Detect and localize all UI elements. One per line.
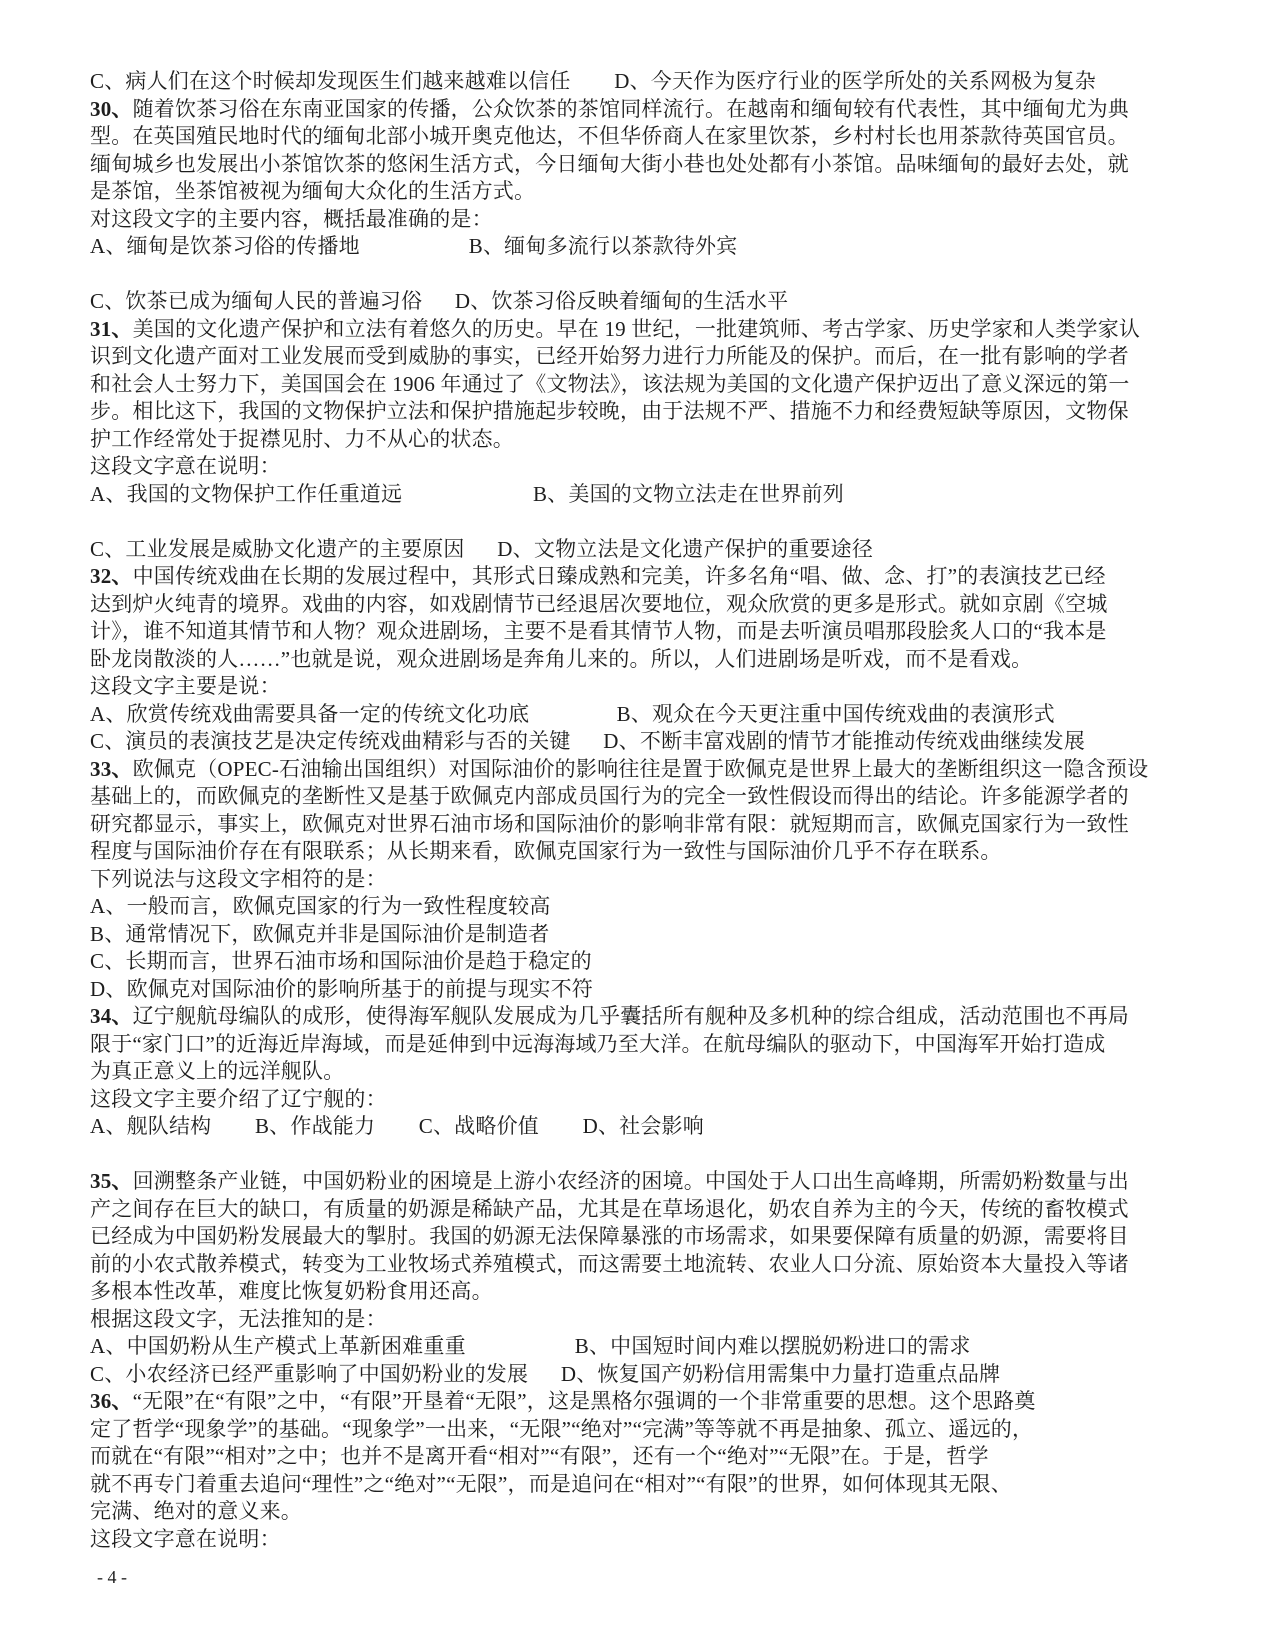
text-line: C、长期而言，世界石油市场和国际油价是趋于稳定的 [90, 948, 1195, 976]
line-text: A、欣赏传统戏曲需要具备一定的传统文化功底 B、观众在今天更注重中国传统戏曲的表… [90, 702, 1055, 726]
text-line: 程度与国际油价存在有限联系；从长期来看，欧佩克国家行为一致性与国际油价几乎不存在… [90, 838, 1195, 866]
line-text: 护工作经常处于捉襟见肘、力不从心的状态。 [90, 427, 514, 451]
line-text: 随着饮茶习俗在东南亚国家的传播，公众饮茶的茶馆同样流行。在越南和缅甸较有代表性，… [133, 97, 1129, 121]
line-text: 已经成为中国奶粉发展最大的掣肘。我国的奶源无法保障暴涨的市场需求，如果要保障有质… [90, 1224, 1129, 1248]
question-number: 36、 [90, 1389, 133, 1413]
question-number: 31、 [90, 317, 133, 341]
text-line: 计》，谁不知道其情节和人物？观众进剧场，主要不是看其情节人物，而是去听演员唱那段… [90, 618, 1195, 646]
blank-line [90, 508, 1195, 536]
text-line: 卧龙岗散淡的人……”也就是说，观众进剧场是奔角儿来的。所以，人们进剧场是听戏，而… [90, 646, 1195, 674]
question-number: 35、 [90, 1169, 133, 1193]
line-text: C、长期而言，世界石油市场和国际油价是趋于稳定的 [90, 949, 592, 973]
line-text: 根据这段文字，无法推知的是： [90, 1307, 387, 1331]
line-text: 研究都显示，事实上，欧佩克对世界石油市场和国际油价的影响非常有限：就短期而言，欧… [90, 812, 1129, 836]
text-line: 为真正意义上的远洋舰队。 [90, 1058, 1195, 1086]
text-line: 护工作经常处于捉襟见肘、力不从心的状态。 [90, 426, 1195, 454]
line-text: 卧龙岗散淡的人……”也就是说，观众进剧场是奔角儿来的。所以，人们进剧场是听戏，而… [90, 647, 1032, 671]
question-number: 32、 [90, 564, 133, 588]
line-text: 多根本性改革，难度比恢复奶粉食用还高。 [90, 1279, 493, 1303]
text-line: C、工业发展是威胁文化遗产的主要原因 D、文物立法是文化遗产保护的重要途径 [90, 536, 1195, 564]
line-text: 对这段文字的主要内容，概括最准确的是： [90, 207, 493, 231]
line-text: 程度与国际油价存在有限联系；从长期来看，欧佩克国家行为一致性与国际油价几乎不存在… [90, 839, 1002, 863]
line-text: 为真正意义上的远洋舰队。 [90, 1059, 344, 1083]
text-line: 前的小农式散养模式，转变为工业牧场式养殖模式，而这需要土地流转、农业人口分流、原… [90, 1251, 1195, 1279]
line-text: 这段文字主要介绍了辽宁舰的： [90, 1087, 387, 1111]
line-text: 欧佩克（OPEC-石油输出国组织）对国际油价的影响往往是置于欧佩克是世界上最大的… [133, 757, 1149, 781]
text-line: A、缅甸是饮茶习俗的传播地 B、缅甸多流行以茶款待外宾 [90, 233, 1195, 261]
line-text: 达到炉火纯青的境界。戏曲的内容，如戏剧情节已经退居次要地位，观众欣赏的更多是形式… [90, 592, 1108, 616]
line-text: 辽宁舰航母编队的成形，使得海军舰队发展成为几乎囊括所有舰种及多机种的综合组成，活… [133, 1004, 1129, 1028]
question-number: 34、 [90, 1004, 133, 1028]
line-text: 是茶馆，坐茶馆被视为缅甸大众化的生活方式。 [90, 179, 535, 203]
question-line: 34、辽宁舰航母编队的成形，使得海军舰队发展成为几乎囊括所有舰种及多机种的综合组… [90, 1003, 1195, 1031]
line-text: 中国传统戏曲在长期的发展过程中，其形式日臻成熟和完美，许多名角“唱、做、念、打”… [133, 564, 1106, 588]
text-line: A、舰队结构 B、作战能力 C、战略价值 D、社会影响 [90, 1113, 1195, 1141]
text-line: C、小农经济已经严重影响了中国奶粉业的发展 D、恢复国产奶粉信用需集中力量打造重… [90, 1361, 1195, 1389]
text-line: C、演员的表演技艺是决定传统戏曲精彩与否的关键 D、不断丰富戏剧的情节才能推动传… [90, 728, 1195, 756]
line-text: C、工业发展是威胁文化遗产的主要原因 D、文物立法是文化遗产保护的重要途径 [90, 537, 873, 561]
line-text: 下列说法与这段文字相符的是： [90, 867, 387, 891]
text-line: 产之间存在巨大的缺口，有质量的奶源是稀缺产品，尤其是在草场退化，奶农自养为主的今… [90, 1196, 1195, 1224]
question-number: 30、 [90, 97, 133, 121]
text-line: C、病人们在这个时候却发现医生们越来越难以信任 D、今天作为医疗行业的医学所处的… [90, 68, 1195, 96]
text-line: 限于“家门口”的近海近岸海域，而是延伸到中远海海域乃至大洋。在航母编队的驱动下，… [90, 1031, 1195, 1059]
line-text: 这段文字意在说明： [90, 454, 281, 478]
question-line: 30、随着饮茶习俗在东南亚国家的传播，公众饮茶的茶馆同样流行。在越南和缅甸较有代… [90, 96, 1195, 124]
line-text: 而就在“有限”“相对”之中；也并不是离开看“相对”“有限”，还有一个“绝对”“无… [90, 1444, 989, 1468]
line-text: C、演员的表演技艺是决定传统戏曲精彩与否的关键 D、不断丰富戏剧的情节才能推动传… [90, 729, 1085, 753]
line-text: A、我国的文物保护工作任重道远 B、美国的文物立法走在世界前列 [90, 482, 844, 506]
exam-document-page: C、病人们在这个时候却发现医生们越来越难以信任 D、今天作为医疗行业的医学所处的… [0, 0, 1275, 1650]
line-text: 回溯整条产业链，中国奶粉业的困境是上游小农经济的困境。中国处于人口出生高峰期，所… [133, 1169, 1129, 1193]
line-text: 基础上的，而欧佩克的垄断性又是基于欧佩克内部成员国行为的完全一致性假设而得出的结… [90, 784, 1129, 808]
text-line: A、中国奶粉从生产模式上革新困难重重 B、中国短时间内难以摆脱奶粉进口的需求 [90, 1333, 1195, 1361]
question-line: 31、美国的文化遗产保护和立法有着悠久的历史。早在 19 世纪，一批建筑师、考古… [90, 316, 1195, 344]
text-line: 这段文字主要是说： [90, 673, 1195, 701]
text-line: A、我国的文物保护工作任重道远 B、美国的文物立法走在世界前列 [90, 481, 1195, 509]
text-line: 研究都显示，事实上，欧佩克对世界石油市场和国际油价的影响非常有限：就短期而言，欧… [90, 811, 1195, 839]
line-text: C、病人们在这个时候却发现医生们越来越难以信任 D、今天作为医疗行业的医学所处的… [90, 69, 1096, 93]
text-line: D、欧佩克对国际油价的影响所基于的前提与现实不符 [90, 976, 1195, 1004]
text-line: 定了哲学“现象学”的基础。“现象学”一出来，“无限”“绝对”“完满”等等就不再是… [90, 1416, 1195, 1444]
line-text: 定了哲学“现象学”的基础。“现象学”一出来，“无限”“绝对”“完满”等等就不再是… [90, 1417, 1033, 1441]
text-line: 是茶馆，坐茶馆被视为缅甸大众化的生活方式。 [90, 178, 1195, 206]
line-text: 美国的文化遗产保护和立法有着悠久的历史。早在 19 世纪，一批建筑师、考古学家、… [133, 317, 1141, 341]
blank-line [90, 1141, 1195, 1169]
text-line: 多根本性改革，难度比恢复奶粉食用还高。 [90, 1278, 1195, 1306]
text-line: 和社会人士努力下，美国国会在 1906 年通过了《文物法》，该法规为美国的文化遗… [90, 371, 1195, 399]
question-line: 35、回溯整条产业链，中国奶粉业的困境是上游小农经济的困境。中国处于人口出生高峰… [90, 1168, 1195, 1196]
text-line: 已经成为中国奶粉发展最大的掣肘。我国的奶源无法保障暴涨的市场需求，如果要保障有质… [90, 1223, 1195, 1251]
question-line: 33、欧佩克（OPEC-石油输出国组织）对国际油价的影响往往是置于欧佩克是世界上… [90, 756, 1195, 784]
line-text: 识到文化遗产面对工业发展而受到威胁的事实，已经开始努力进行力所能及的保护。而后，… [90, 344, 1129, 368]
question-line: 36、“无限”在“有限”之中，“有限”开垦着“无限”，这是黑格尔强调的一个非常重… [90, 1388, 1195, 1416]
text-line: A、欣赏传统戏曲需要具备一定的传统文化功底 B、观众在今天更注重中国传统戏曲的表… [90, 701, 1195, 729]
text-line: C、饮茶已成为缅甸人民的普遍习俗 D、饮茶习俗反映着缅甸的生活水平 [90, 288, 1195, 316]
line-text: 这段文字主要是说： [90, 674, 281, 698]
line-text: 计》，谁不知道其情节和人物？观众进剧场，主要不是看其情节人物，而是去听演员唱那段… [90, 619, 1107, 643]
text-line: 型。在英国殖民地时代的缅甸北部小城开奥克他达，不但华侨商人在家里饮茶，乡村村长也… [90, 123, 1195, 151]
line-text: D、欧佩克对国际油价的影响所基于的前提与现实不符 [90, 977, 593, 1001]
line-text: 限于“家门口”的近海近岸海域，而是延伸到中远海海域乃至大洋。在航母编队的驱动下，… [90, 1032, 1105, 1056]
question-number: 33、 [90, 757, 133, 781]
line-text: A、舰队结构 B、作战能力 C、战略价值 D、社会影响 [90, 1114, 704, 1138]
text-line: A、一般而言，欧佩克国家的行为一致性程度较高 [90, 893, 1195, 921]
document-text-block: C、病人们在这个时候却发现医生们越来越难以信任 D、今天作为医疗行业的医学所处的… [90, 68, 1195, 1553]
line-text: 型。在英国殖民地时代的缅甸北部小城开奥克他达，不但华侨商人在家里饮茶，乡村村长也… [90, 124, 1129, 148]
text-line: 根据这段文字，无法推知的是： [90, 1306, 1195, 1334]
line-text: 前的小农式散养模式，转变为工业牧场式养殖模式，而这需要土地流转、农业人口分流、原… [90, 1252, 1129, 1276]
text-line: 而就在“有限”“相对”之中；也并不是离开看“相对”“有限”，还有一个“绝对”“无… [90, 1443, 1195, 1471]
question-line: 32、中国传统戏曲在长期的发展过程中，其形式日臻成熟和完美，许多名角“唱、做、念… [90, 563, 1195, 591]
text-line: 这段文字主要介绍了辽宁舰的： [90, 1086, 1195, 1114]
text-line: 完满、绝对的意义来。 [90, 1498, 1195, 1526]
line-text: A、一般而言，欧佩克国家的行为一致性程度较高 [90, 894, 551, 918]
text-line: 缅甸城乡也发展出小茶馆饮茶的悠闲生活方式，今日缅甸大街小巷也处处都有小茶馆。品味… [90, 151, 1195, 179]
text-line: 就不再专门着重去追问“理性”之“绝对”“无限”，而是追问在“相对”“有限”的世界… [90, 1471, 1195, 1499]
text-line: 对这段文字的主要内容，概括最准确的是： [90, 206, 1195, 234]
line-text: C、饮茶已成为缅甸人民的普遍习俗 D、饮茶习俗反映着缅甸的生活水平 [90, 289, 788, 313]
line-text: B、通常情况下，欧佩克并非是国际油价是制造者 [90, 922, 549, 946]
page-number: - 4 - [97, 1566, 127, 1588]
line-text: 缅甸城乡也发展出小茶馆饮茶的悠闲生活方式，今日缅甸大街小巷也处处都有小茶馆。品味… [90, 152, 1129, 176]
line-text: A、中国奶粉从生产模式上革新困难重重 B、中国短时间内难以摆脱奶粉进口的需求 [90, 1334, 971, 1358]
text-line: 这段文字意在说明： [90, 453, 1195, 481]
text-line: 这段文字意在说明： [90, 1526, 1195, 1554]
line-text: 步。相比这下，我国的文物保护立法和保护措施起步较晚，由于法规不严、措施不力和经费… [90, 399, 1129, 423]
line-text: 和社会人士努力下，美国国会在 1906 年通过了《文物法》，该法规为美国的文化遗… [90, 372, 1130, 396]
line-text: A、缅甸是饮茶习俗的传播地 B、缅甸多流行以茶款待外宾 [90, 234, 737, 258]
line-text: 这段文字意在说明： [90, 1527, 281, 1551]
text-line: B、通常情况下，欧佩克并非是国际油价是制造者 [90, 921, 1195, 949]
line-text: 就不再专门着重去追问“理性”之“绝对”“无限”，而是追问在“相对”“有限”的世界… [90, 1472, 1012, 1496]
line-text: “无限”在“有限”之中，“有限”开垦着“无限”，这是黑格尔强调的一个非常重要的思… [133, 1389, 1036, 1413]
text-line: 达到炉火纯青的境界。戏曲的内容，如戏剧情节已经退居次要地位，观众欣赏的更多是形式… [90, 591, 1195, 619]
text-line: 步。相比这下，我国的文物保护立法和保护措施起步较晚，由于法规不严、措施不力和经费… [90, 398, 1195, 426]
text-line: 下列说法与这段文字相符的是： [90, 866, 1195, 894]
text-line: 基础上的，而欧佩克的垄断性又是基于欧佩克内部成员国行为的完全一致性假设而得出的结… [90, 783, 1195, 811]
text-line: 识到文化遗产面对工业发展而受到威胁的事实，已经开始努力进行力所能及的保护。而后，… [90, 343, 1195, 371]
line-text: C、小农经济已经严重影响了中国奶粉业的发展 D、恢复国产奶粉信用需集中力量打造重… [90, 1362, 1000, 1386]
line-text: 产之间存在巨大的缺口，有质量的奶源是稀缺产品，尤其是在草场退化，奶农自养为主的今… [90, 1197, 1129, 1221]
blank-line [90, 261, 1195, 289]
line-text: 完满、绝对的意义来。 [90, 1499, 302, 1523]
